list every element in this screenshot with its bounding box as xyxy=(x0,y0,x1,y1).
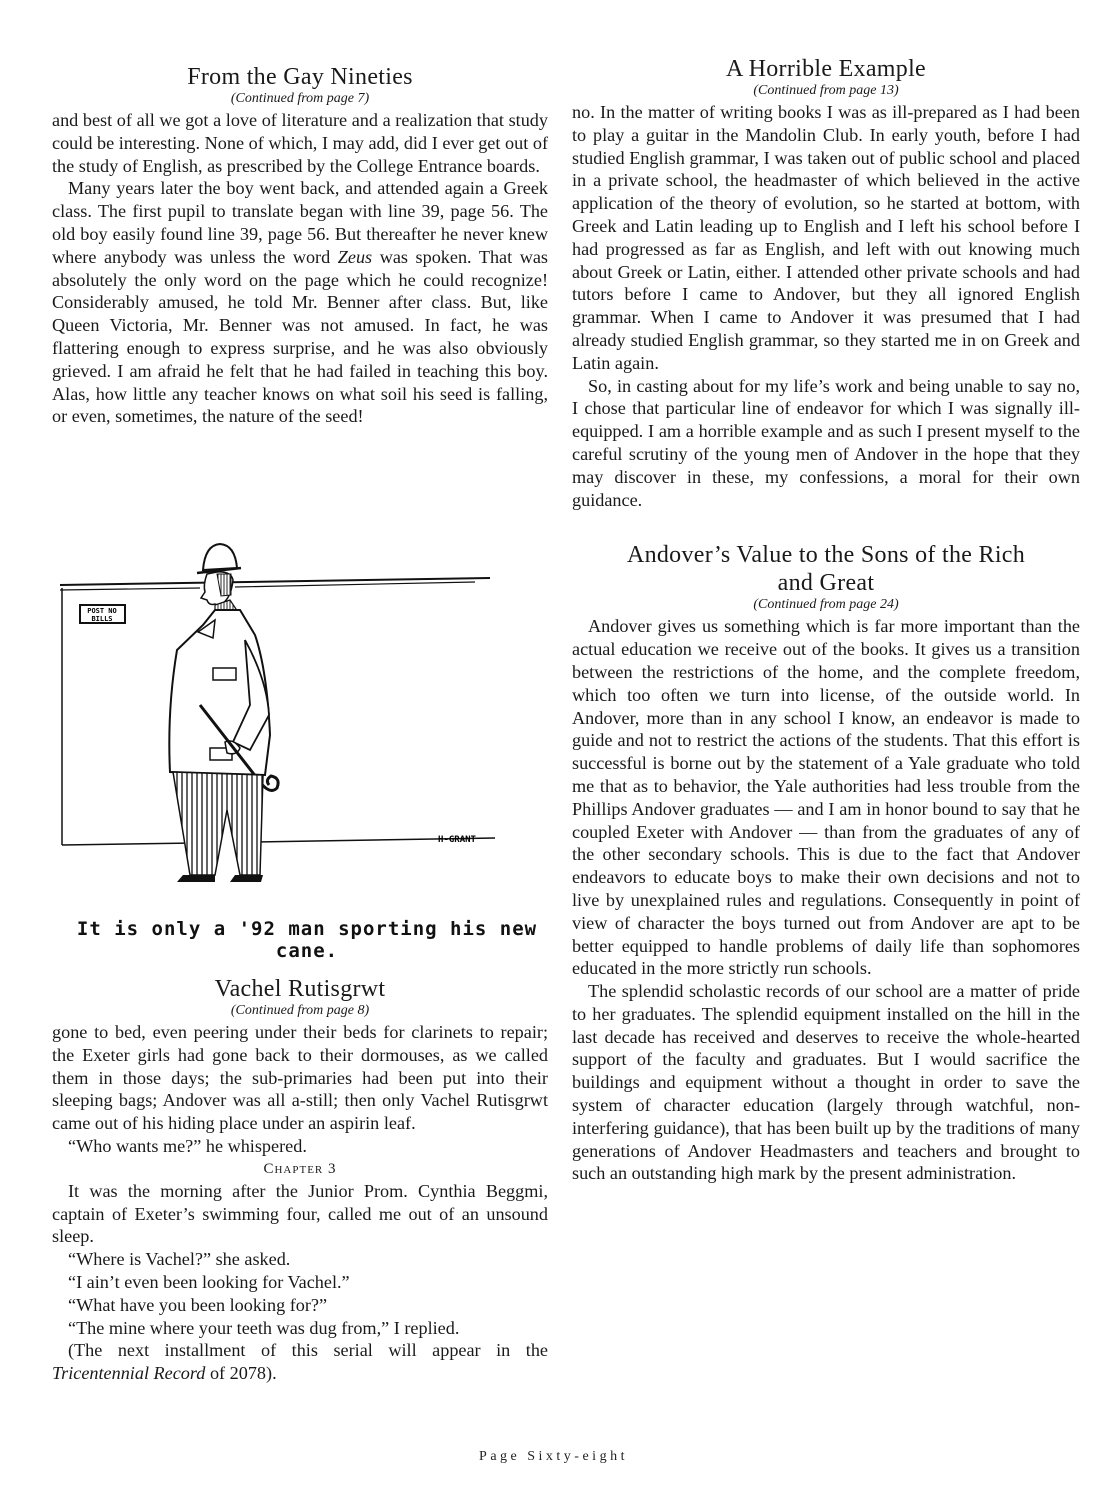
continued-note: (Continued from page 8) xyxy=(52,1003,548,1019)
left-column: From the Gay Nineties (Continued from pa… xyxy=(52,0,548,428)
article-paragraph: “The mine where your teeth was dug from,… xyxy=(52,1317,548,1340)
italic-word: Zeus xyxy=(338,247,372,267)
article-paragraph: no. In the matter of writing books I was… xyxy=(572,101,1080,375)
article-paragraph: “Where is Vachel?” she asked. xyxy=(52,1248,548,1271)
article-paragraph: gone to bed, even peering under their be… xyxy=(52,1021,548,1135)
article-paragraph: “What have you been looking for?” xyxy=(52,1294,548,1317)
title-line: and Great xyxy=(778,570,875,596)
cartoon-illustration: POST NO BILLS H-GRANT xyxy=(55,540,505,885)
publication-title: Tricentennial Record xyxy=(52,1363,205,1383)
article-paragraph: “I ain’t even been looking for Vachel.” xyxy=(52,1271,548,1294)
article-title-gay-nineties: From the Gay Nineties xyxy=(52,63,548,91)
paragraph-text: was spoken. That was absolutely the only… xyxy=(52,247,548,427)
svg-text:BILLS: BILLS xyxy=(91,615,112,623)
article-title-vachel: Vachel Rutisgrwt xyxy=(52,975,548,1003)
vachel-section: Vachel Rutisgrwt (Continued from page 8)… xyxy=(52,975,548,1385)
paragraph-text: of 2078). xyxy=(210,1363,277,1383)
svg-text:H-GRANT: H-GRANT xyxy=(438,835,477,845)
svg-text:POST NO: POST NO xyxy=(87,607,117,615)
man-with-cane-drawing: POST NO BILLS H-GRANT xyxy=(55,540,505,885)
continued-note: (Continued from page 13) xyxy=(572,83,1080,99)
title-line: Andover’s Value to the Sons of the Rich xyxy=(627,542,1025,568)
paragraph-text: (The next installment of this serial wil… xyxy=(68,1340,548,1360)
article-paragraph: The splendid scholastic records of our s… xyxy=(572,980,1080,1185)
article-title-horrible-example: A Horrible Example xyxy=(572,55,1080,83)
article-paragraph: So, in casting about for my life’s work … xyxy=(572,375,1080,512)
illustration-caption: It is only a '92 man sporting his new ca… xyxy=(52,918,562,962)
article-paragraph: Many years later the boy went back, and … xyxy=(52,177,548,428)
continued-note: (Continued from page 24) xyxy=(572,597,1080,613)
article-paragraph: It was the morning after the Junior Prom… xyxy=(52,1180,548,1248)
chapter-heading: Chapter 3 xyxy=(52,1158,548,1180)
article-paragraph: and best of all we got a love of literat… xyxy=(52,109,548,177)
article-paragraph: Andover gives us something which is far … xyxy=(572,615,1080,980)
article-paragraph: “Who wants me?” he whispered. xyxy=(52,1135,548,1158)
continued-note: (Continued from page 7) xyxy=(52,91,548,107)
article-title-andover-value: Andover’s Value to the Sons of the Rich … xyxy=(572,541,1080,597)
article-paragraph: (The next installment of this serial wil… xyxy=(52,1339,548,1385)
page-number-footer: Page Sixty-eight xyxy=(0,1449,1107,1465)
right-column: A Horrible Example (Continued from page … xyxy=(572,0,1080,1185)
